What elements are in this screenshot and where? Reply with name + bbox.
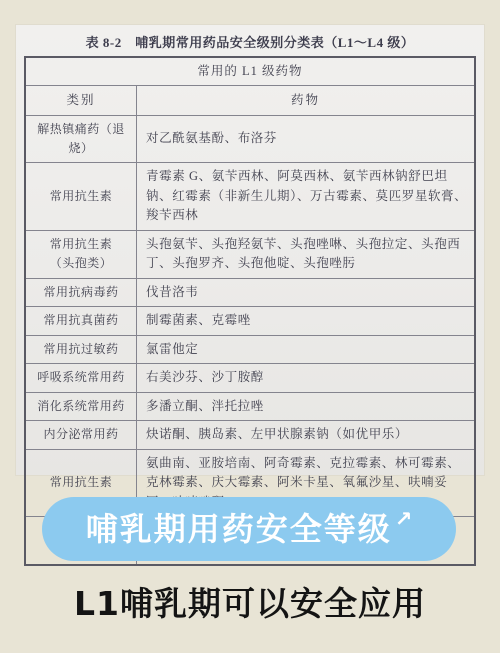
drugs-cell: 多潘立酮、泮托拉唑 xyxy=(137,392,476,421)
group-header: 常用的 L1 级药物 xyxy=(25,57,475,86)
category-cell: 常用抗生素 xyxy=(25,163,137,231)
drugs-cell: 对乙酰氨基酚、布洛芬 xyxy=(137,116,476,163)
table-row: 常用抗病毒药 伐昔洛韦 xyxy=(25,278,475,307)
category-cell: 常用抗病毒药 xyxy=(25,278,137,307)
drugs-cell: 伐昔洛韦 xyxy=(137,278,476,307)
drugs-cell: 右美沙芬、沙丁胺醇 xyxy=(137,364,476,393)
category-cell: 消化系统常用药 xyxy=(25,392,137,421)
safety-level-badge[interactable]: 哺乳期用药安全等级 ↗ xyxy=(42,497,456,561)
category-cell: 内分泌常用药 xyxy=(25,421,137,450)
column-header-category: 类别 xyxy=(25,86,137,116)
category-cell: 常用抗生素 （头孢类） xyxy=(25,230,137,278)
group-header-row: 常用的 L1 级药物 xyxy=(25,57,475,86)
category-cell: 解热镇痛药（退烧） xyxy=(25,116,137,163)
category-cell: 常用抗真菌药 xyxy=(25,307,137,336)
caption-text: L1哺乳期可以安全应用 xyxy=(0,578,500,625)
safety-level-badge-label: 哺乳期用药安全等级 xyxy=(86,513,392,545)
table-page-panel: 表 8-2 哺乳期常用药品安全级别分类表（L1～L4 级） 常用的 L1 级药物… xyxy=(16,25,484,475)
table-row: 解热镇痛药（退烧） 对乙酰氨基酚、布洛芬 xyxy=(25,116,475,163)
table-row: 常用抗生素 青霉素 G、氨苄西林、阿莫西林、氨苄西林钠舒巴坦钠、红霉素（非新生儿… xyxy=(25,163,475,231)
column-header-drugs: 药物 xyxy=(137,86,476,116)
drug-table: 常用的 L1 级药物 类别 药物 解热镇痛药（退烧） 对乙酰氨基酚、布洛芬 常用… xyxy=(24,56,476,566)
arrow-up-right-icon: ↗ xyxy=(395,509,413,530)
table-row: 常用抗生素 （头孢类） 头孢氨苄、头孢羟氨苄、头孢唑啉、头孢拉定、头孢西丁、头孢… xyxy=(25,230,475,278)
column-header-row: 类别 药物 xyxy=(25,86,475,116)
drugs-cell: 制霉菌素、克霉唑 xyxy=(137,307,476,336)
table-title: 表 8-2 哺乳期常用药品安全级别分类表（L1～L4 级） xyxy=(16,25,484,52)
table-row: 内分泌常用药 炔诺酮、胰岛素、左甲状腺素钠（如优甲乐） xyxy=(25,421,475,450)
category-cell: 呼吸系统常用药 xyxy=(25,364,137,393)
table-row: 常用抗真菌药 制霉菌素、克霉唑 xyxy=(25,307,475,336)
drugs-cell: 炔诺酮、胰岛素、左甲状腺素钠（如优甲乐） xyxy=(137,421,476,450)
category-cell: 常用抗过敏药 xyxy=(25,335,137,364)
table-row: 呼吸系统常用药 右美沙芬、沙丁胺醇 xyxy=(25,364,475,393)
table-row: 常用抗过敏药 氯雷他定 xyxy=(25,335,475,364)
drugs-cell: 青霉素 G、氨苄西林、阿莫西林、氨苄西林钠舒巴坦钠、红霉素（非新生儿期）、万古霉… xyxy=(137,163,476,231)
table-row: 消化系统常用药 多潘立酮、泮托拉唑 xyxy=(25,392,475,421)
drugs-cell: 头孢氨苄、头孢羟氨苄、头孢唑啉、头孢拉定、头孢西丁、头孢罗齐、头孢他啶、头孢唑肟 xyxy=(137,230,476,278)
drugs-cell: 氯雷他定 xyxy=(137,335,476,364)
